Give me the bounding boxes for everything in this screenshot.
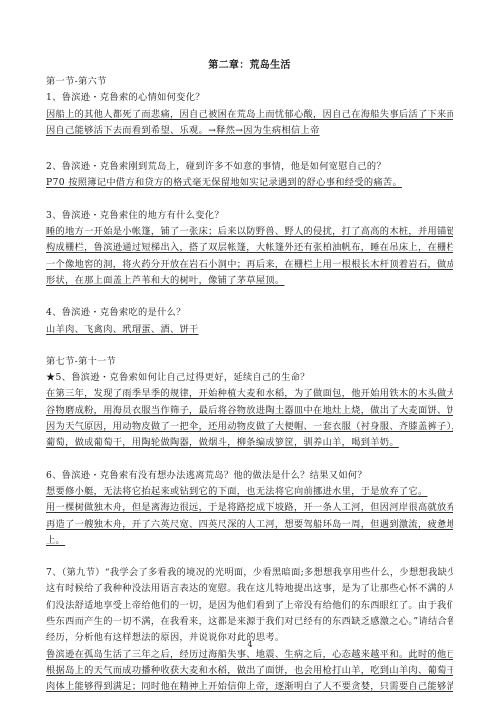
answer-4-line-1: 山羊肉、飞禽肉、玳瑁蛋、酒、饼干 [46, 322, 453, 338]
answer-7-line-1: 鲁滨逊在孤岛生活了三年之后，经历过海船失事、地震、生病之后，心态越来越平和。此时… [46, 647, 453, 663]
page-number: 4 [0, 640, 500, 649]
answer-3-line-3: 一个像地窖的洞，将火药分开放在岩石小洞中；再后来，在栅栏上用一根根长木杆顶着岩石… [46, 257, 453, 273]
question-3: 3、鲁滨逊・克鲁索住的地方有什么变化？ [46, 208, 453, 224]
answer-3-line-1: 睡的地方一开始是小帐篷，铺了一张床；后来以防野兽、野人的侵扰，打了高高的木桩，并… [46, 224, 453, 240]
question-6: 6、鲁滨逊・克鲁索有没有想办法逃离荒岛？他的做法是什么？结果又如何？ [46, 468, 453, 484]
question-7-line-1: 7、（第九节）“我学会了多看我的境况的光明面，少看黑暗面;多想想我享用些什么，少… [46, 565, 453, 581]
answer-3-line-2: 构成栅栏，鲁滨逊通过短梯出入，搭了双层帐篷，大帐篷外还有张柏油帆布，睡在吊床上，… [46, 240, 453, 256]
document-page: 第二章：荒岛生活 第一节-第六节 1、鲁滨逊・克鲁索的心情如何变化？ 因船上的其… [46, 58, 453, 696]
answer-7-line-3: 肉体上能够得到满足；同时他在精神上开始信仰上帝，逐渐明白了人不要贪婪，只需要自己… [46, 679, 453, 695]
chapter-title: 第二章：荒岛生活 [46, 58, 453, 74]
question-7-line-2: 这有时候给了我种种没法用语言表达的宽慰。我在这儿特地提出这事，是为了让那些心怀不… [46, 581, 453, 597]
answer-5-line-2: 谷物磨成粉，用海员衣服当作筛子，最后将谷物放进陶土器皿中在地灶上烧，做出了大麦面… [46, 403, 453, 419]
answer-5-line-4: 葡萄，做成葡萄干，用陶轮做陶器，做烟斗，柳条编成箩筐，驯养山羊，喝到羊奶。 [46, 435, 453, 451]
question-7-line-4: 些东西而产生的一切不满，在我看来，这都是来源于我们对已经有的东西缺乏感激之心。”… [46, 614, 453, 630]
answer-5-line-3: 因为天气原因，用动物皮做了一把伞，还用动物皮做了大便帽、一套衣服（衬身服、齐膝盖… [46, 419, 453, 435]
answer-7-line-2: 根据岛上的天气而成功播种收获大麦和水稻，做出了面饼，也会用枪打山羊，吃到山羊肉、… [46, 663, 453, 679]
question-4: 4、鲁滨逊・克鲁索吃的是什么？ [46, 305, 453, 321]
answer-2-line-1: P70 按照簿记中借方和贷方的格式毫无保留地如实记录遇到的舒心事和经受的痛苦。 [46, 175, 453, 191]
answer-6-line-1: 想要修小艇，无法将它抬起来或钻到它的下面，也无法将它向前挪进水里，于是放弃了它。 [46, 484, 453, 500]
section-header: 第一节-第六节 [46, 74, 453, 90]
answer-6-line-4: 上。 [46, 533, 453, 549]
question-5: ★5、鲁滨逊・克鲁索如何让自己过得更好，延续自己的生命？ [46, 370, 453, 386]
question-7-line-3: 们没法舒适地享受上帝给他们的一切，是因为他们看到了上帝没有给他们的东西眼红了。由… [46, 598, 453, 614]
question-1: 1、鲁滨逊・克鲁索的心情如何变化？ [46, 90, 453, 106]
section-header: 第七节-第十一节 [46, 354, 453, 370]
question-2: 2、鲁滨逊・克鲁索刚到荒岛上，碰到许多不如意的事情，他是如何宽慰自己的？ [46, 159, 453, 175]
answer-3-line-4: 形状，在那上面盖上芦苇和大的树叶，像铺了茅草屋顶。 [46, 273, 453, 289]
answer-6-line-2: 用一棵树做独木舟，但是离海边很远，于是将路挖成下坡路，开一条人工河，但因河岸很高… [46, 500, 453, 516]
answer-1-line-1: 因船上的其他人都死了而悲痛，因自己被困在荒岛上而忧郁心酸，因自己在海船失事后活了… [46, 107, 453, 123]
answer-1-line-2: 因自己能够活下去而看到希望、乐观。→释然→因为生病相信上帝 [46, 123, 320, 139]
answer-5-line-1: 在第三年，发现了雨季旱季的规律，开始种植大麦和水稻，为了做面包，他开始用铁木的木… [46, 386, 453, 402]
answer-6-line-3: 再造了一艘独木舟，开了六英尺宽、四英尺深的人工河，想要驾船环岛一周，但遇到激流，… [46, 517, 453, 533]
